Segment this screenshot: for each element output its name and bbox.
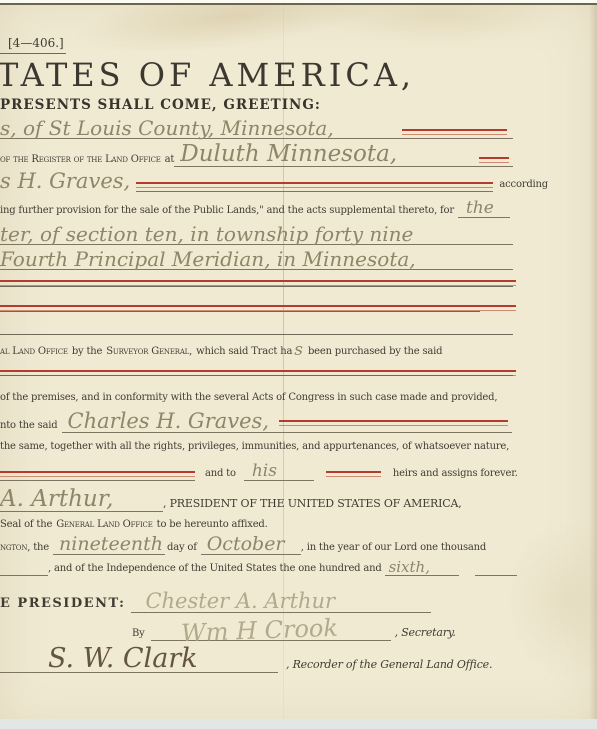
land-office-blank: Duluth Minnesota, [174, 143, 513, 167]
red-dash [402, 129, 507, 135]
greeting-line: PRESENTS SHALL COME, GREETING: [0, 97, 321, 113]
seal-prefix-printed: Seal of the [0, 519, 52, 533]
land-office-handwriting: Duluth Minnesota, [174, 143, 397, 166]
tract-handwriting: s [294, 342, 303, 359]
grantee-blank: Charles H. Graves, [62, 411, 512, 433]
surveyor-line: al Land Office by the Surveyor General, … [0, 341, 442, 359]
land-description-line-2: Fourth Principal Meridian, in Minnesota, [0, 244, 513, 270]
thin-rule [0, 375, 513, 376]
red-line [279, 420, 508, 426]
residence-line: s, of St Louis County, Minnesota, [0, 112, 513, 139]
thin-rule [0, 286, 513, 287]
recorder-label: , Recorder of the General Land Office. [286, 658, 492, 673]
independence-handwriting: sixth, [385, 560, 430, 575]
year-printed: , in the year of our Lord one thousand [301, 542, 486, 556]
by-the-printed: by the [72, 346, 102, 360]
the-printed: the [33, 542, 49, 556]
act-line: ing further provision for the sale of th… [0, 196, 510, 218]
president-signature-blank: Chester A. Arthur [131, 591, 431, 613]
president-label: E PRESIDENT: [0, 596, 125, 613]
president-name-blank: A. Arthur, [0, 488, 163, 512]
land-description-handwriting-1: ter, of section ten, in township forty n… [0, 224, 413, 244]
grant-line: nto the said Charles H. Graves, [0, 407, 512, 433]
paper-stain [505, 520, 597, 680]
by-label: By [132, 628, 145, 642]
secretary-signature-line: By Wm H Crook , Secretary. [132, 616, 456, 641]
president-signature-handwriting: Chester A. Arthur [131, 591, 335, 612]
heirs-blank: his [244, 463, 314, 481]
tract-printed: which said Tract ha [196, 346, 292, 360]
blank-underline [475, 556, 517, 576]
rights-printed: the same, together with all the rights, … [0, 441, 509, 455]
page-edge-top-line [0, 3, 597, 5]
president-signature-line: E PRESIDENT: Chester A. Arthur [0, 586, 431, 613]
date-line: ngton, the nineteenth day of October , i… [0, 534, 486, 555]
independence-blank: sixth, [385, 560, 459, 576]
independence-printed: , and of the Independence of the United … [48, 563, 382, 577]
land-description-handwriting-2: Fourth Principal Meridian, in Minnesota, [0, 249, 416, 269]
president-name-line: A. Arthur, , PRESIDENT OF THE UNITED STA… [0, 486, 462, 512]
and-to-printed: and to [205, 468, 236, 482]
page-edge-bottom [0, 719, 597, 729]
thin-rule [0, 334, 513, 335]
register-at: at [165, 154, 175, 168]
thin-rule [0, 311, 480, 312]
month-handwriting: October [201, 535, 285, 554]
secretary-signature-blank: Wm H Crook [151, 616, 391, 641]
heirs-printed: heirs and assigns forever. [393, 468, 518, 482]
purchased-printed: been purchased by the said [308, 346, 442, 360]
land-description-line-1: ter, of section ten, in township forty n… [0, 219, 513, 245]
act-printed: ing further provision for the sale of th… [0, 205, 454, 219]
grantee-name-line: s H. Graves, according [0, 168, 548, 192]
paper-stain [320, 0, 560, 46]
heirs-handwriting: his [244, 463, 277, 480]
red-filled-blank [0, 471, 195, 481]
register-printed: of the Register of the Land Office [0, 154, 161, 168]
premises-printed: of the premises, and in conformity with … [0, 392, 497, 406]
land-office-printed: al Land Office [0, 346, 68, 360]
premises-line: of the premises, and in conformity with … [0, 389, 497, 405]
red-filled-blank [136, 182, 493, 192]
grantee-name-handwriting: Charles H. Graves, [62, 411, 270, 432]
act-handwriting: the [458, 200, 494, 217]
blank-underline [0, 556, 48, 576]
grantee-name-handwriting: s H. Graves, [0, 171, 130, 192]
red-line [136, 182, 493, 188]
recorder-signature-blank: S. W. Clark [0, 645, 278, 673]
document-title: TATES OF AMERICA, [0, 56, 415, 94]
independence-line: , and of the Independence of the United … [0, 558, 517, 576]
red-dash [479, 157, 509, 163]
surveyor-general-printed: Surveyor General, [106, 346, 192, 360]
document-page: [4—406.] TATES OF AMERICA, PRESENTS SHAL… [0, 0, 597, 729]
according-printed: according [499, 179, 548, 193]
rights-line: the same, together with all the rights, … [0, 438, 509, 454]
seal-line: Seal of the General Land Office to be he… [0, 516, 268, 532]
day-of-printed: day of [167, 542, 197, 556]
residence-handwriting: s, of St Louis County, Minnesota, [0, 118, 334, 138]
red-dash [326, 471, 381, 477]
unto-printed: nto the said [0, 420, 58, 434]
seal-suffix-printed: to be hereunto affixed. [157, 519, 268, 533]
day-handwriting: nineteenth [53, 535, 163, 554]
recorder-signature-handwriting: S. W. Clark [0, 645, 198, 672]
act-blank: the [458, 200, 510, 218]
place-printed: ngton, [0, 542, 30, 556]
president-title-printed: , PRESIDENT OF THE UNITED STATES OF AMER… [163, 497, 462, 512]
secretary-label: , Secretary. [395, 626, 456, 641]
form-number: [4—406.] [8, 36, 64, 50]
page-edge-right [589, 5, 597, 719]
register-line: of the Register of the Land Office at Du… [0, 140, 513, 167]
red-line [0, 471, 195, 477]
president-name-handwriting: A. Arthur, [0, 488, 113, 511]
day-blank: nineteenth [53, 535, 165, 555]
seal-office-printed: General Land Office [56, 519, 152, 533]
heirs-line: and to his heirs and assigns forever. [0, 459, 518, 481]
recorder-signature-line: S. W. Clark , Recorder of the General La… [0, 642, 492, 673]
month-blank: October [201, 535, 301, 555]
form-number-underline [0, 53, 66, 54]
